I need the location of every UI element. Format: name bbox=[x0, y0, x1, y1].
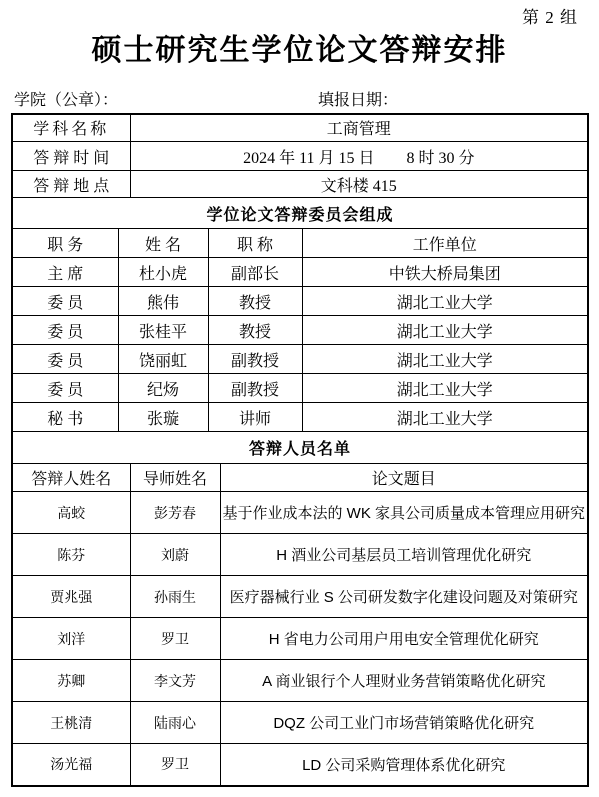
committee-header-organization: 工作单位 bbox=[302, 229, 588, 258]
defense-header-row: 答辩人姓名 导师姓名 论文题目 bbox=[12, 464, 588, 492]
committee-header-row: 职 务 姓 名 职 称 工作单位 bbox=[12, 229, 588, 258]
defense-section-row: 答辩人员名单 bbox=[12, 432, 588, 464]
defense-row: 苏卿 李文芳 A 商业银行个人理财业务营销策略优化研究 bbox=[12, 660, 588, 702]
committee-row: 委 员 纪炀 副教授 湖北工业大学 bbox=[12, 374, 588, 403]
committee-name: 饶丽虹 bbox=[118, 345, 208, 374]
defense-time-label: 答 辩 时 间 bbox=[12, 142, 130, 171]
student-name: 贾兆强 bbox=[12, 576, 130, 618]
defense-row: 贾兆强 孙雨生 医疗器械行业 S 公司研发数字化建设问题及对策研究 bbox=[12, 576, 588, 618]
supervisor-name: 罗卫 bbox=[130, 744, 220, 786]
committee-name: 杜小虎 bbox=[118, 258, 208, 287]
college-seal-label: 学院（公章）： bbox=[14, 87, 118, 110]
student-name: 高蛟 bbox=[12, 492, 130, 534]
thesis-title: A 商业银行个人理财业务营销策略优化研究 bbox=[220, 660, 588, 702]
defense-row: 刘洋 罗卫 H 省电力公司用户用电安全管理优化研究 bbox=[12, 618, 588, 660]
committee-organization: 中铁大桥局集团 bbox=[302, 258, 588, 287]
committee-name: 张璇 bbox=[118, 403, 208, 432]
defense-row: 汤光福 罗卫 LD 公司采购管理体系优化研究 bbox=[12, 744, 588, 786]
defense-row: 陈芬 刘蔚 H 酒业公司基层员工培训管理优化研究 bbox=[12, 534, 588, 576]
defense-schedule-table: 学科名称 工商管理 答 辩 时 间 2024 年 11 月 15 日 8 时 3… bbox=[11, 113, 589, 787]
thesis-title: 医疗器械行业 S 公司研发数字化建设问题及对策研究 bbox=[220, 576, 588, 618]
committee-role: 委 员 bbox=[12, 316, 118, 345]
committee-row: 委 员 张桂平 教授 湖北工业大学 bbox=[12, 316, 588, 345]
student-name: 陈芬 bbox=[12, 534, 130, 576]
defense-section-title: 答辩人员名单 bbox=[12, 432, 588, 464]
committee-organization: 湖北工业大学 bbox=[302, 287, 588, 316]
committee-name: 纪炀 bbox=[118, 374, 208, 403]
info-row-time: 答 辩 时 间 2024 年 11 月 15 日 8 时 30 分 bbox=[12, 142, 588, 171]
thesis-title: 基于作业成本法的 WK 家具公司质量成本管理应用研究 bbox=[220, 492, 588, 534]
committee-title: 教授 bbox=[208, 287, 302, 316]
meta-row: 学院（公章）： 填报日期： bbox=[0, 87, 599, 109]
committee-role: 委 员 bbox=[12, 345, 118, 374]
committee-role: 委 员 bbox=[12, 287, 118, 316]
committee-organization: 湖北工业大学 bbox=[302, 345, 588, 374]
committee-section-row: 学位论文答辩委员会组成 bbox=[12, 198, 588, 229]
committee-title: 副部长 bbox=[208, 258, 302, 287]
subject-value: 工商管理 bbox=[130, 114, 588, 142]
defense-location-label: 答 辩 地 点 bbox=[12, 171, 130, 198]
committee-organization: 湖北工业大学 bbox=[302, 316, 588, 345]
supervisor-name: 彭芳春 bbox=[130, 492, 220, 534]
defense-row: 王桃清 陆雨心 DQZ 公司工业门市场营销策略优化研究 bbox=[12, 702, 588, 744]
defense-header-supervisor: 导师姓名 bbox=[130, 464, 220, 492]
thesis-title: H 酒业公司基层员工培训管理优化研究 bbox=[220, 534, 588, 576]
committee-role: 委 员 bbox=[12, 374, 118, 403]
defense-location-value: 文科楼 415 bbox=[130, 171, 588, 198]
student-name: 汤光福 bbox=[12, 744, 130, 786]
supervisor-name: 罗卫 bbox=[130, 618, 220, 660]
page-title: 硕士研究生学位论文答辩安排 bbox=[0, 0, 599, 69]
defense-header-student: 答辩人姓名 bbox=[12, 464, 130, 492]
committee-organization: 湖北工业大学 bbox=[302, 374, 588, 403]
supervisor-name: 刘蔚 bbox=[130, 534, 220, 576]
supervisor-name: 孙雨生 bbox=[130, 576, 220, 618]
committee-organization: 湖北工业大学 bbox=[302, 403, 588, 432]
defense-row: 高蛟 彭芳春 基于作业成本法的 WK 家具公司质量成本管理应用研究 bbox=[12, 492, 588, 534]
defense-header-thesis: 论文题目 bbox=[220, 464, 588, 492]
fill-date-label: 填报日期： bbox=[318, 87, 398, 110]
committee-header-name: 姓 名 bbox=[118, 229, 208, 258]
document-page: 第 2 组 硕士研究生学位论文答辩安排 学院（公章）： 填报日期： 学科名称 工… bbox=[0, 0, 599, 797]
group-number-label: 第 2 组 bbox=[522, 3, 578, 28]
thesis-title: H 省电力公司用户用电安全管理优化研究 bbox=[220, 618, 588, 660]
committee-header-title: 职 称 bbox=[208, 229, 302, 258]
committee-role: 主 席 bbox=[12, 258, 118, 287]
committee-section-title: 学位论文答辩委员会组成 bbox=[12, 198, 588, 229]
committee-header-role: 职 务 bbox=[12, 229, 118, 258]
subject-label: 学科名称 bbox=[12, 114, 130, 142]
student-name: 王桃清 bbox=[12, 702, 130, 744]
committee-role: 秘 书 bbox=[12, 403, 118, 432]
committee-title: 教授 bbox=[208, 316, 302, 345]
thesis-title: DQZ 公司工业门市场营销策略优化研究 bbox=[220, 702, 588, 744]
info-row-subject: 学科名称 工商管理 bbox=[12, 114, 588, 142]
thesis-title: LD 公司采购管理体系优化研究 bbox=[220, 744, 588, 786]
supervisor-name: 李文芳 bbox=[130, 660, 220, 702]
committee-row: 委 员 饶丽虹 副教授 湖北工业大学 bbox=[12, 345, 588, 374]
student-name: 苏卿 bbox=[12, 660, 130, 702]
info-row-location: 答 辩 地 点 文科楼 415 bbox=[12, 171, 588, 198]
committee-title: 副教授 bbox=[208, 374, 302, 403]
student-name: 刘洋 bbox=[12, 618, 130, 660]
committee-title: 讲师 bbox=[208, 403, 302, 432]
committee-row: 主 席 杜小虎 副部长 中铁大桥局集团 bbox=[12, 258, 588, 287]
committee-row: 委 员 熊伟 教授 湖北工业大学 bbox=[12, 287, 588, 316]
committee-name: 张桂平 bbox=[118, 316, 208, 345]
committee-name: 熊伟 bbox=[118, 287, 208, 316]
supervisor-name: 陆雨心 bbox=[130, 702, 220, 744]
committee-title: 副教授 bbox=[208, 345, 302, 374]
committee-row: 秘 书 张璇 讲师 湖北工业大学 bbox=[12, 403, 588, 432]
defense-time-value: 2024 年 11 月 15 日 8 时 30 分 bbox=[130, 142, 588, 171]
